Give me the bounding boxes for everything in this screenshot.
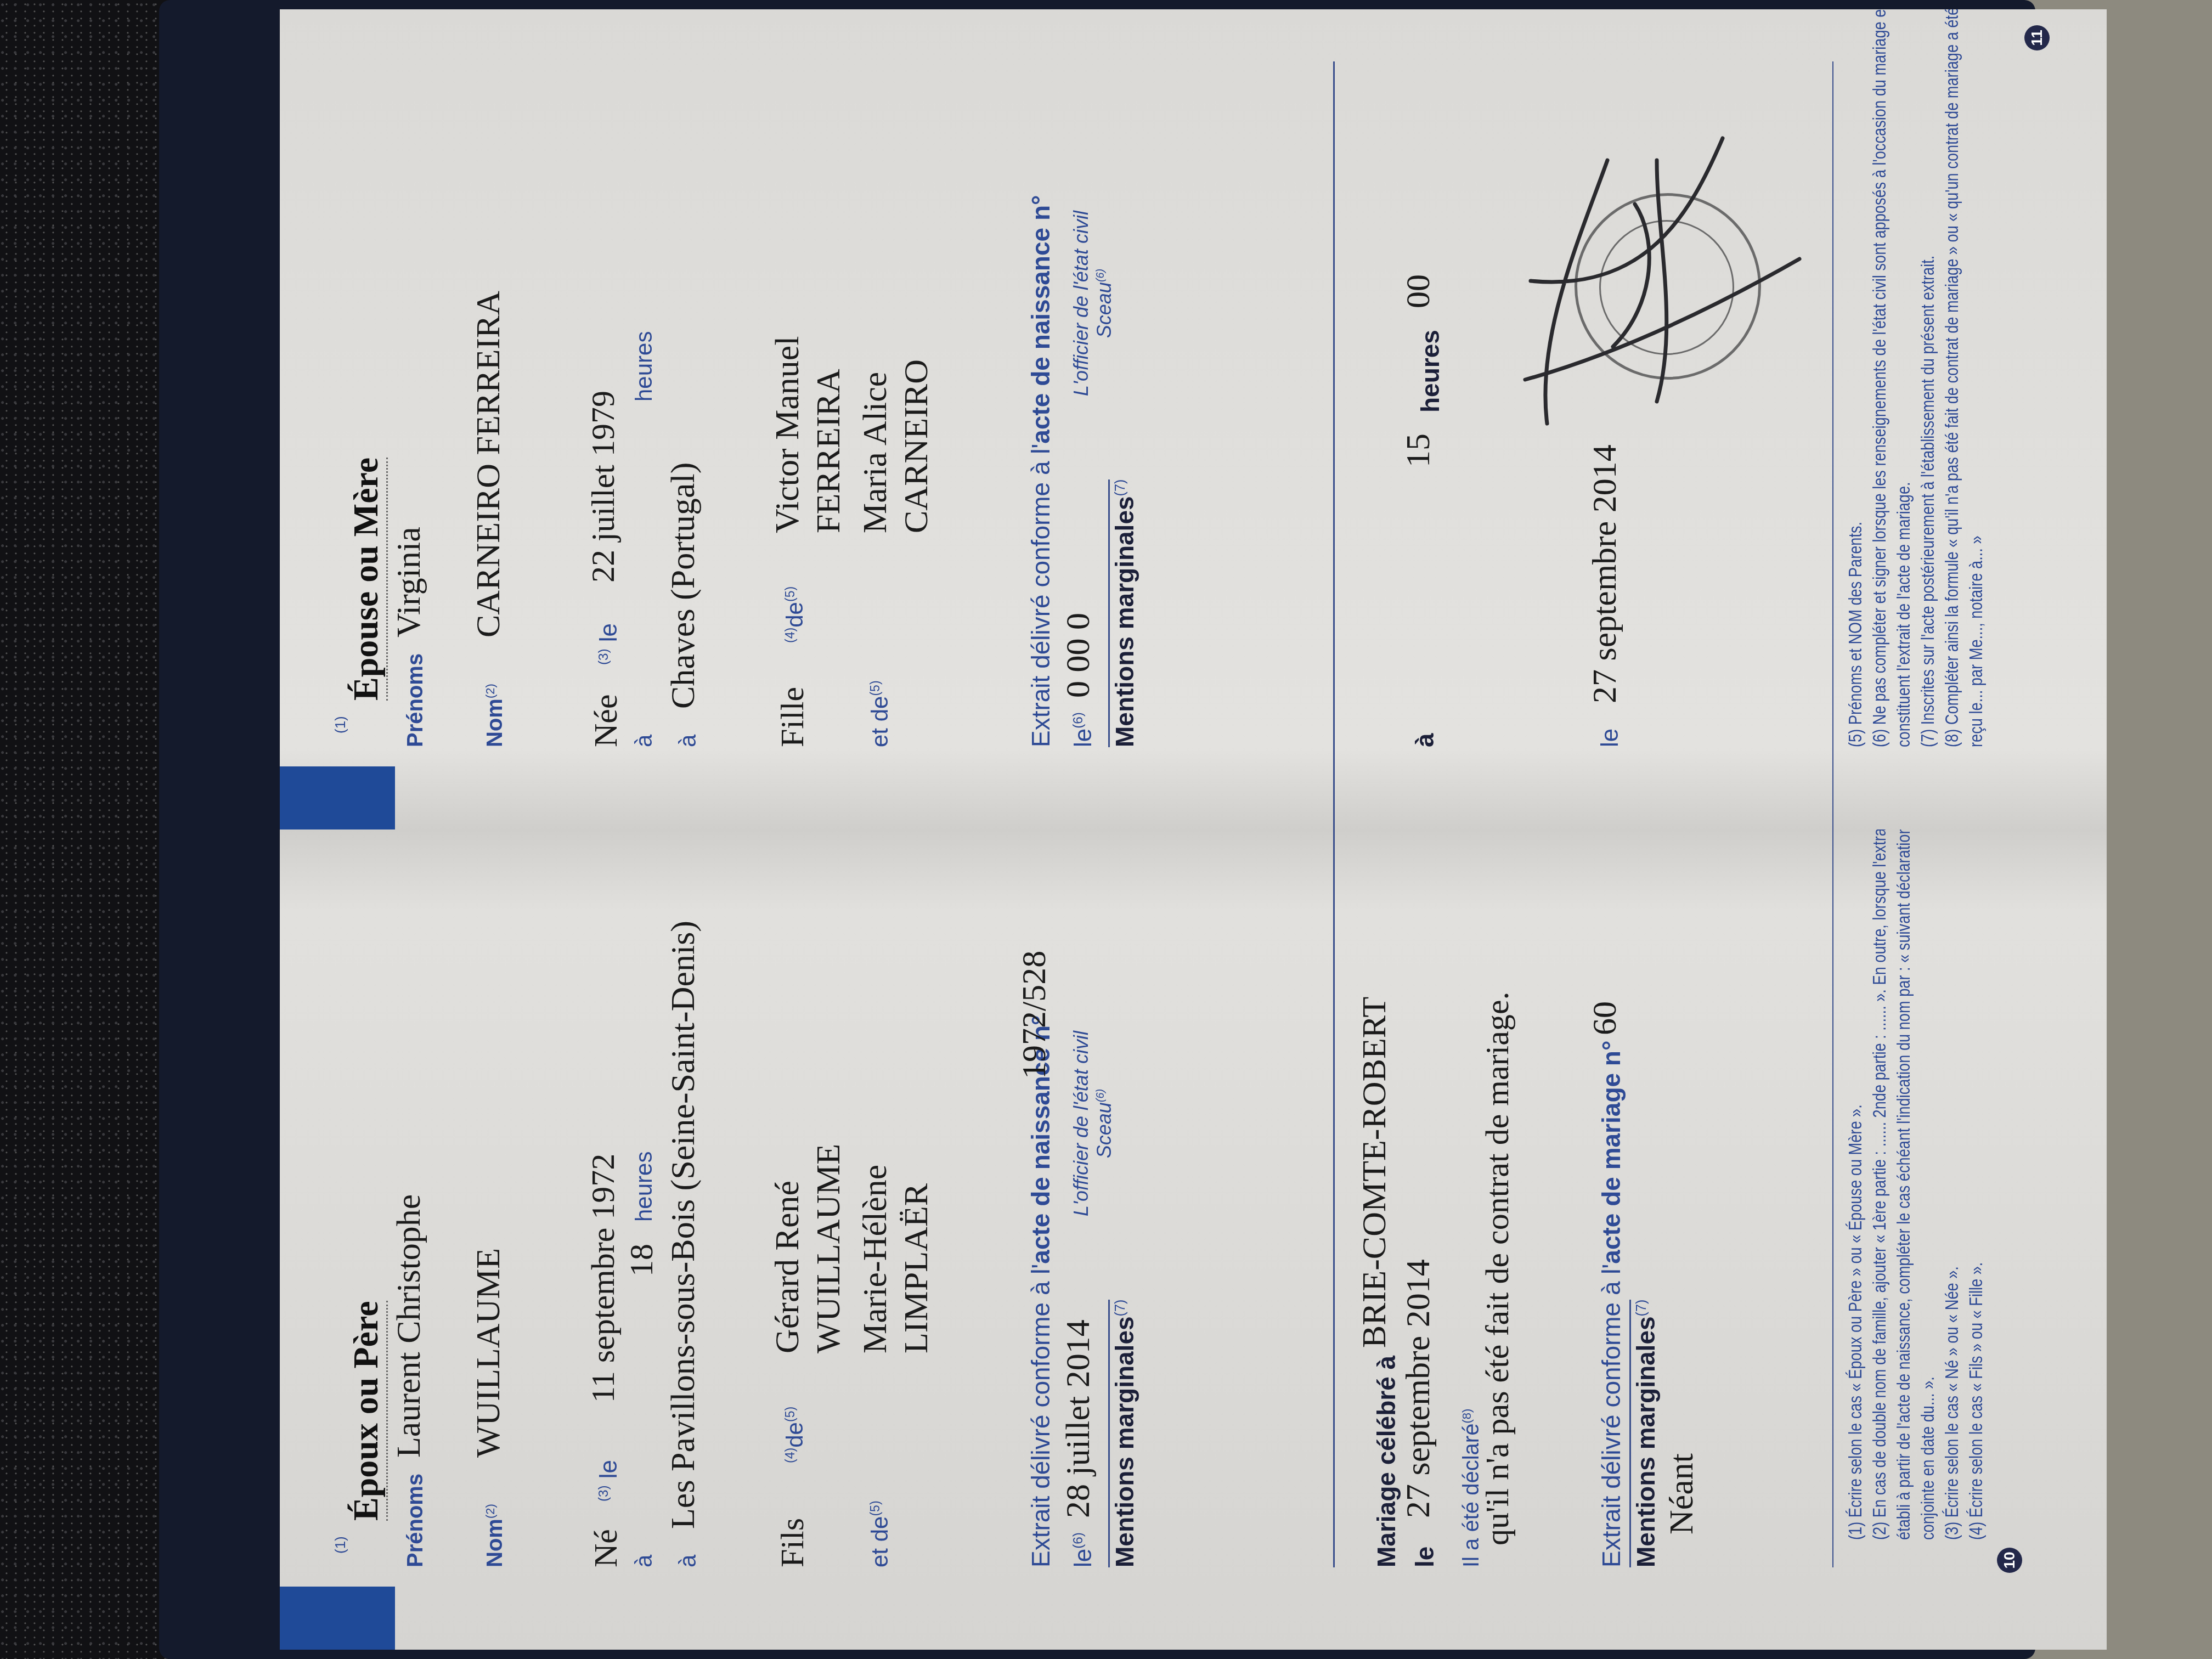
- heures-label: heures: [1415, 330, 1445, 413]
- de-label: (4)de(5): [782, 586, 808, 643]
- officier-label: L'officier de l'état civilSceau(6): [1070, 211, 1116, 396]
- nom-value: CARNEIRO FERREIRA: [469, 291, 508, 637]
- a-label: à: [631, 1555, 657, 1567]
- ne-le: (3) le: [595, 1460, 623, 1502]
- father-first-name: Gérard René: [768, 1181, 807, 1353]
- blue-tab: [280, 1587, 395, 1650]
- birth-date: 22 juillet 1979: [584, 391, 622, 583]
- extrait-mariage: Extrait délivré conforme à l'acte de mar…: [1596, 1041, 1626, 1567]
- header-ref: (1): [332, 716, 349, 733]
- extract-date: 28 juillet 2014: [1059, 1319, 1098, 1518]
- livret-de-famille-spread: (1) Époux ou Père Prénoms Laurent Christ…: [280, 9, 2107, 1650]
- mother-first-name: Marie-Hélène: [856, 1165, 895, 1353]
- mariage-le: le: [1410, 1547, 1440, 1567]
- mother-last-name: CARNEIRO: [897, 359, 936, 533]
- section-header: Épouse ou Mère: [346, 458, 388, 701]
- mariage-act-number: 60: [1585, 1001, 1624, 1035]
- page-number-badge: 11: [2024, 25, 2050, 50]
- background-surface: [0, 0, 181, 1659]
- blue-tab: [280, 766, 395, 830]
- le6-label: le(6): [1070, 1532, 1097, 1567]
- mentions-mariage-label: Mentions marginales(7): [1629, 1300, 1661, 1567]
- etde-label: et de(5): [867, 1500, 893, 1567]
- mariage-a: à: [1410, 733, 1440, 747]
- footnote-divider: [1832, 61, 1833, 830]
- father-last-name: FERREIRA: [809, 369, 848, 533]
- de-label: (4)de(5): [782, 1407, 808, 1463]
- father-first-name: Victor Manuel: [768, 336, 807, 533]
- sign-date: 27 septembre 2014: [1585, 444, 1624, 703]
- a-label: à: [675, 1555, 701, 1567]
- ne-le: (3) le: [595, 623, 623, 665]
- prenoms-value: Laurent Christophe: [390, 1194, 428, 1458]
- right-page: (1) Épouse ou Mère Prénoms Virginia Nom(…: [280, 9, 2107, 830]
- nom-value: WUILLAUME: [469, 1248, 508, 1458]
- footnotes-right: (5) Prénoms et NOM des Parents. (6) Ne p…: [1843, 9, 1988, 747]
- divider: [1333, 61, 1335, 830]
- mariage-minutes: 00: [1399, 274, 1438, 308]
- prenoms-label: Prénoms: [403, 653, 428, 747]
- section-header: Époux ou Père: [346, 1301, 388, 1521]
- extrait-naissance: Extrait délivré conforme à l'acte de nai…: [1026, 195, 1056, 747]
- neant-value: Néant: [1662, 1453, 1701, 1534]
- le6-label: le(6): [1070, 712, 1097, 747]
- left-page: (1) Époux ou Père Prénoms Laurent Christ…: [280, 830, 2107, 1650]
- declare-text: qu'il n'a pas été fait de contrat de mar…: [1479, 991, 1516, 1545]
- officier-label: L'officier de l'état civilSceau(6): [1070, 1031, 1116, 1216]
- mariage-place: BRIE-COMTE-ROBERT: [1355, 997, 1394, 1348]
- a-label: à: [631, 735, 657, 747]
- mother-last-name: LIMPLAËR: [897, 1183, 936, 1353]
- footnote-divider: [1832, 830, 1833, 1567]
- mentions-label: Mentions marginales(7): [1108, 479, 1139, 747]
- mentions-label: Mentions marginales(7): [1108, 1300, 1139, 1567]
- mother-first-name: Maria Alice: [856, 372, 895, 533]
- heures-label: heures: [631, 331, 657, 402]
- fille-label: Fille: [774, 687, 811, 747]
- birth-place: Les Pavillons-sous-Bois (Seine-Saint-Den…: [664, 921, 703, 1529]
- prenoms-label: Prénoms: [403, 1474, 428, 1567]
- extrait-naissance: Extrait délivré conforme à l'acte de nai…: [1026, 1015, 1056, 1567]
- birth-hour: 18: [623, 1244, 661, 1277]
- nee-label: Née: [587, 694, 625, 747]
- birth-date: 11 septembre 1972: [584, 1154, 622, 1403]
- father-last-name: WUILLAUME: [809, 1144, 848, 1353]
- header-ref: (1): [332, 1536, 349, 1554]
- nom-label: Nom(2): [483, 684, 507, 747]
- divider: [1333, 830, 1335, 1567]
- sign-le: le: [1596, 729, 1624, 747]
- birth-place: Chaves (Portugal): [664, 462, 703, 709]
- extract-date: 0 00 0: [1059, 613, 1098, 698]
- heures-label: heures: [631, 1152, 657, 1222]
- footnotes-left: (1) Écrire selon le cas « Époux ou Père …: [1843, 830, 1988, 1540]
- prenoms-value: Virginia: [390, 527, 428, 637]
- ne-label: Né: [587, 1529, 625, 1567]
- mariage-label: Mariage célébré à: [1372, 1356, 1401, 1567]
- fils-label: Fils: [774, 1518, 811, 1567]
- a-label: à: [675, 735, 701, 747]
- mariage-hour: 15: [1399, 433, 1438, 467]
- mariage-date: 27 septembre 2014: [1399, 1259, 1438, 1518]
- page-number-badge: 10: [1997, 1548, 2022, 1573]
- etde-label: et de(5): [867, 680, 893, 747]
- nom-label: Nom(2): [483, 1504, 507, 1567]
- birth-act-number: 1972/528: [1015, 951, 1054, 1079]
- signature: [1514, 116, 1821, 445]
